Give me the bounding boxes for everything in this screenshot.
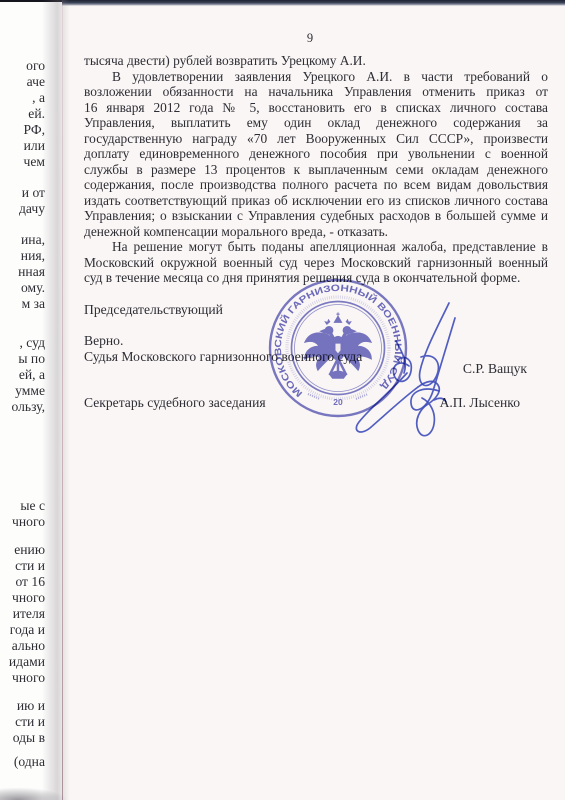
adjacent-page-text-fragment: ению (14, 543, 45, 557)
presiding-judge-label: Председательствующий (84, 302, 223, 317)
adjacent-page-text-fragment: нная (18, 265, 45, 279)
adjacent-page-text-fragment: чного (12, 515, 45, 529)
handwritten-signatures (330, 290, 565, 460)
adjacent-page-text-fragment: ы по (18, 352, 45, 366)
body-line: Управления; о взыскании с Управления суд… (84, 208, 548, 224)
scanned-court-document-page: огоаче, аей.РФ,иличеми отдачуина,ния,нна… (0, 0, 565, 800)
adjacent-page-text-fragment: сти и (15, 715, 45, 729)
stamp-bottom-microtext-left (308, 394, 320, 399)
body-line: денежной компенсации морального вреда, -… (84, 224, 548, 240)
adjacent-page-text-fragment: года и (10, 623, 45, 637)
page-number: 9 (84, 31, 536, 46)
certified-true-label: Верно. (84, 333, 123, 348)
body-line: 16 января 2012 года № 5, восстановить ег… (84, 100, 548, 116)
secretary-title: Секретарь судебного заседания (84, 395, 266, 410)
page-fold-shadow (42, 0, 70, 800)
adjacent-page-text-fragment: (одна (14, 755, 45, 769)
judge-signature (396, 303, 455, 410)
body-line: тысяча двести) рублей возвратить Урецком… (84, 53, 548, 69)
adjacent-page-text-fragment: ользу, (11, 400, 45, 414)
adjacent-page-text-fragment: оды в (13, 731, 45, 745)
decision-body-text: тысяча двести) рублей возвратить Урецком… (84, 53, 548, 286)
adjacent-page-text-fragment: ителя (13, 607, 45, 621)
adjacent-page-text-fragment: чного (12, 671, 45, 685)
scanner-top-edge (0, 0, 565, 6)
adjacent-page-text-fragment: ально (12, 639, 45, 653)
body-line: государственную награду «70 лет Вооружен… (84, 131, 548, 147)
bottom-corner-shadow (0, 778, 80, 800)
adjacent-page-text-fragment: сти и (15, 559, 45, 573)
page-fold-line (62, 0, 63, 800)
body-line: возложении обязанности на начальника Упр… (84, 84, 548, 100)
adjacent-page-text-fragment: от 16 (15, 575, 45, 589)
adjacent-page-text-fragment: идами (9, 655, 45, 669)
body-line: Управления, выплатить ему один оклад ден… (84, 115, 548, 131)
adjacent-page-text-fragment: ию и (17, 699, 45, 713)
body-line: доплату единовременного денежного пособи… (84, 146, 548, 162)
body-line: содержания, после производства полного р… (84, 177, 548, 193)
body-line: издать соответствующий приказ об исключе… (84, 193, 548, 209)
adjacent-page-text-fragment: умме (15, 384, 45, 398)
secretary-signature (356, 357, 446, 435)
adjacent-page-text-fragment: чного (12, 591, 45, 605)
body-line: службы в размере 13 процентов к выплачен… (84, 162, 548, 178)
body-line: На решение могут быть поданы апелляционн… (84, 239, 548, 255)
body-line: В удовлетворении заявления Урецкого А.И.… (84, 69, 548, 85)
